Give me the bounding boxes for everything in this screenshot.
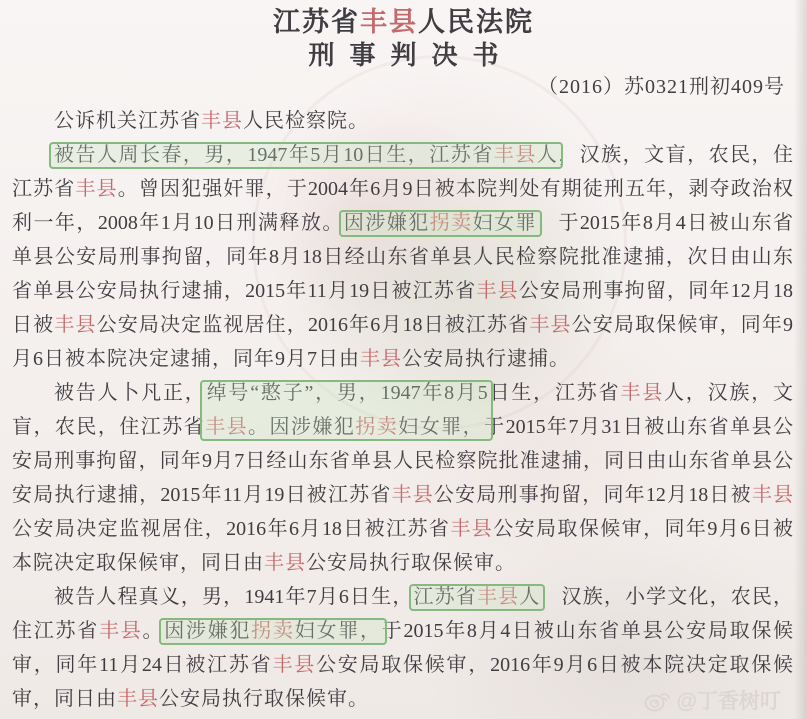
text-segment: 拐卖 xyxy=(251,620,295,642)
text-segment: 丰县 xyxy=(620,382,664,404)
weibo-logo-icon xyxy=(644,689,671,712)
text-segment: 公安局取保候审，同年9月6日被 xyxy=(493,518,793,540)
text-segment: 丰县 xyxy=(529,314,571,336)
text-segment: 丰县 xyxy=(360,7,418,37)
text-segment: 丰县 xyxy=(477,586,519,608)
text-line: 江苏省丰县。曾因犯强奸罪，于2004年6月9日被本院判处有期徒刑五年，剥夺政治权 xyxy=(12,172,793,206)
document-title: 刑事判决书 xyxy=(0,38,807,74)
text-segment: 日被 xyxy=(12,314,54,336)
text-segment: 因涉嫌犯 xyxy=(344,212,430,234)
text-segment: 妇女罪， xyxy=(295,620,382,642)
text-segment: 公安局决定监视居住，2016年6月18日被江苏省 xyxy=(12,518,450,540)
text-segment: ，汉族，文盲，农民，住 xyxy=(558,144,793,166)
text-line: 利一年，2008年1月10日刑满释放。因涉嫌犯拐卖妇女罪 于2015年8月4日被… xyxy=(12,206,793,240)
text-line: 审，同年11月24日被江苏省丰县公安局取保候审，2016年9月6日被本院决定取保… xyxy=(12,648,793,682)
text-segment: 审，同日由 xyxy=(12,688,117,710)
text-line: 本院决定取保候审，同日由丰县公安局执行取保候审。 xyxy=(12,546,793,580)
text-segment: 。 xyxy=(142,620,164,642)
text-segment: 丰县 xyxy=(360,348,402,370)
text-line: 安局刑事拘留，同年9月7日经山东省单县人民检察院批准逮捕，同日由山东省单县公 xyxy=(12,444,793,478)
text-segment: 被告人卜凡正， xyxy=(54,382,207,404)
text-segment: 绰号“憨子”，男，1947年8月5 xyxy=(207,382,488,404)
text-segment: 人 xyxy=(519,586,540,608)
text-segment: 因涉嫌犯 xyxy=(164,620,251,642)
text-segment: 本院决定取保候审，同日由 xyxy=(12,552,264,574)
text-segment: 拐卖 xyxy=(430,212,473,234)
text-segment: 妇女罪， xyxy=(398,416,484,438)
text-segment: 人民法院 xyxy=(418,7,534,37)
text-segment: 。曾因犯强奸罪，于2004年6月9日被本院判处有期徒刑五年，剥夺政治权 xyxy=(118,178,793,200)
text-line: 盲，农民，住江苏省丰县。因涉嫌犯拐卖妇女罪，于2015年7月31日被山东省单县公 xyxy=(12,410,793,444)
text-segment: 丰县 xyxy=(450,518,493,540)
text-segment: 公安局取保候审，2016年9月6日被本院决定取保候 xyxy=(316,654,793,676)
text-segment: 安局执行逮捕，2015年11月19日被江苏省 xyxy=(12,484,392,506)
text-segment: 丰县 xyxy=(54,314,96,336)
text-segment: 丰县 xyxy=(272,654,316,676)
text-line: 安局执行逮捕，2015年11月19日被江苏省丰县公安局刑事拘留，同年12月18日… xyxy=(12,478,793,512)
text-segment: 丰县 xyxy=(392,484,434,506)
text-segment: 公安局执行取保候审。 xyxy=(306,552,516,574)
text-segment: 拐卖 xyxy=(355,416,398,438)
text-segment: 利一年，2008年1月10日刑满释放。 xyxy=(12,212,344,234)
text-segment: 公诉机关江苏省 xyxy=(54,110,201,132)
text-segment: 丰县 xyxy=(264,552,306,574)
text-segment: 丰县 xyxy=(476,280,518,302)
text-segment: 审，同年11月24日被江苏省 xyxy=(12,654,272,676)
text-line: 单县公安局刑事拘留，同年8月18日经山东省单县人民检察院批准逮捕，次日由山东 xyxy=(12,240,793,274)
text-segment: 单县公安局刑事拘留，同年8月18日经山东省单县人民检察院批准逮捕，次日由山东 xyxy=(12,246,793,268)
text-segment: 。因涉嫌犯 xyxy=(248,416,355,438)
text-segment: 被告人周长春，男，1947年5月10日生，江苏省 xyxy=(54,144,494,166)
text-segment: 于2015年8月4日被山东省 xyxy=(537,212,793,234)
text-segment: 公安局执行取保候审。 xyxy=(159,688,369,710)
text-segment: 丰县 xyxy=(117,688,159,710)
text-segment: 公安局刑事拘留，同年12月18 xyxy=(519,280,793,302)
text-segment: 公安局决定监视居住，2016年6月18日被江苏省 xyxy=(97,314,530,336)
text-line: 被告人周长春，男，1947年5月10日生，江苏省丰县人，汉族，文盲，农民，住 xyxy=(12,138,793,172)
case-number: （2016）苏0321刑初409号 xyxy=(0,74,807,104)
text-segment: 江苏省 xyxy=(273,7,360,37)
text-line: 被告人卜凡正，绰号“憨子”，男，1947年8月5日生，江苏省丰县人，汉族，文 xyxy=(12,376,793,410)
text-line: 公诉机关江苏省丰县人民检察院。 xyxy=(12,104,793,138)
text-segment: 丰县 xyxy=(201,110,243,132)
text-segment: 月6日被本院决定逮捕，同年9月7日由 xyxy=(12,348,360,370)
text-segment: 汉族，小学文化，农民， xyxy=(540,586,793,608)
text-segment: 丰县 xyxy=(205,416,248,438)
text-segment: 公安局取保候审，同年9 xyxy=(572,314,793,336)
text-segment: 于2015年8月4日被山东省单县公安局取保候 xyxy=(382,620,793,642)
document-lines: 公诉机关江苏省丰县人民检察院。被告人周长春，男，1947年5月10日生，江苏省丰… xyxy=(0,104,807,716)
text-segment: 日生，江苏省 xyxy=(488,382,621,404)
text-line: 被告人程真义，男，1941年7月6日生，江苏省丰县人 汉族，小学文化，农民， xyxy=(12,580,793,614)
text-segment: 安局刑事拘留，同年9月7日经山东省单县人民检察院批准逮捕，同日由山东省单县公 xyxy=(12,450,793,472)
text-segment: 公安局执行逮捕。 xyxy=(402,348,570,370)
text-segment: 盲，农民，住江苏省 xyxy=(12,416,205,438)
text-line: 月6日被本院决定逮捕，同年9月7日由丰县公安局执行逮捕。 xyxy=(12,342,793,376)
text-line: 省单县公安局执行逮捕，2015年11月19日被江苏省丰县公安局刑事拘留，同年12… xyxy=(12,274,793,308)
text-segment: 江苏省 xyxy=(12,178,75,200)
text-segment: 丰县 xyxy=(99,620,143,642)
court-name: 江苏省丰县人民法院 xyxy=(0,6,807,38)
text-segment: 公安局刑事拘留，同年12月18日被 xyxy=(434,484,752,506)
document-page: 江苏省丰县人民法院 刑事判决书 （2016）苏0321刑初409号 公诉机关江苏… xyxy=(0,0,807,719)
weibo-watermark: @丁香树叮 xyxy=(644,685,781,715)
text-segment: 丰县 xyxy=(494,144,537,166)
text-line: 公安局决定监视居住，2016年6月18日被江苏省丰县公安局取保候审，同年9月6日… xyxy=(12,512,793,546)
text-segment: 人，汉族，文 xyxy=(664,382,793,404)
text-segment: 于2015年7月31日被山东省单县公 xyxy=(484,416,793,438)
text-segment: 人 xyxy=(537,144,559,166)
text-segment: 人民检察院。 xyxy=(243,110,369,132)
text-segment: 住江苏省 xyxy=(12,620,99,642)
text-segment: 江苏省 xyxy=(414,586,477,608)
text-segment: 被告人程真义，男，1941年7月6日生， xyxy=(54,586,414,608)
text-line: 日被丰县公安局决定监视居住，2016年6月18日被江苏省丰县公安局取保候审，同年… xyxy=(12,308,793,342)
text-line: 住江苏省丰县。因涉嫌犯拐卖妇女罪，于2015年8月4日被山东省单县公安局取保候 xyxy=(12,614,793,648)
watermark-handle: @丁香树叮 xyxy=(677,685,781,715)
text-segment: 丰县 xyxy=(752,484,793,506)
text-segment: 省单县公安局执行逮捕，2015年11月19日被江苏省 xyxy=(12,280,476,302)
text-segment: 妇女罪 xyxy=(473,212,537,234)
text-segment: 丰县 xyxy=(75,178,117,200)
